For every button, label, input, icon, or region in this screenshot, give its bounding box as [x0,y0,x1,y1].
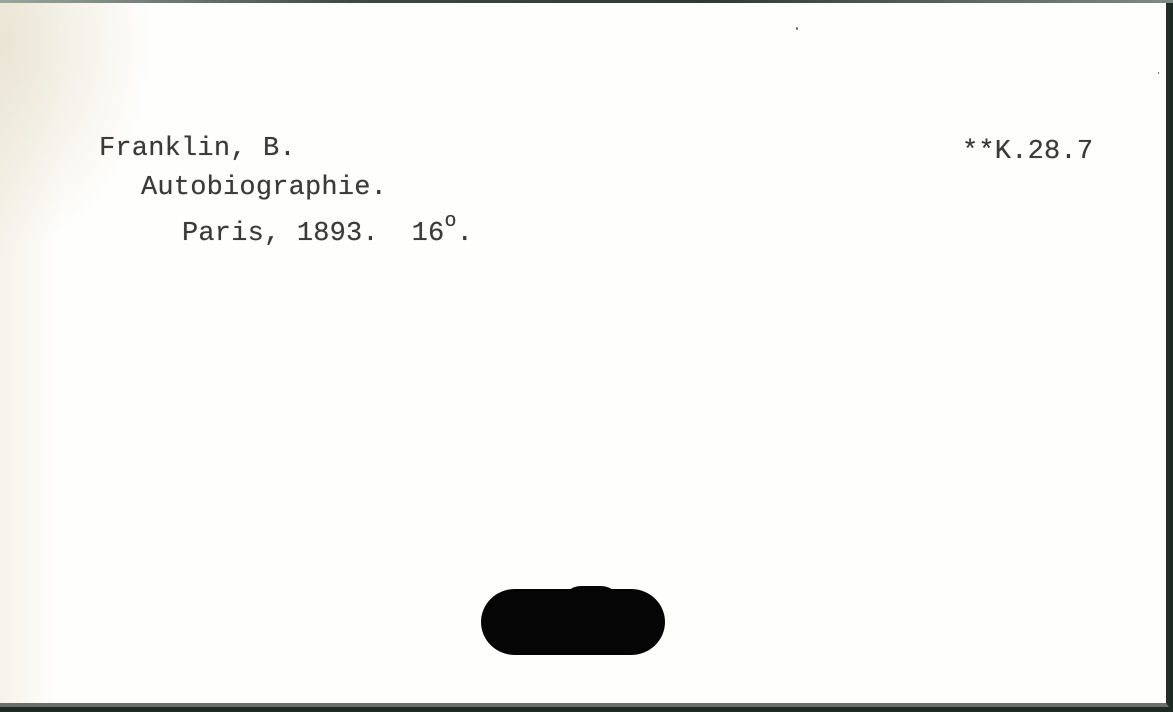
call-number: **K.28.7 [962,139,1093,166]
rod-hole-punch [481,589,665,655]
format-period: . [457,219,473,249]
imprint-place-year: Paris, 1893. [182,219,379,249]
format-degree-mark: o [444,210,456,233]
author-heading: Franklin, B. [99,136,296,163]
book-title: Autobiographie. [141,175,387,202]
paper-speck [796,27,798,30]
paper-speck [1158,72,1159,74]
catalog-card: Franklin, B. Autobiographie. Paris, 1893… [0,3,1169,707]
format-number: 16 [412,219,445,249]
imprint-line: Paris, 1893. 16o. [182,221,473,248]
